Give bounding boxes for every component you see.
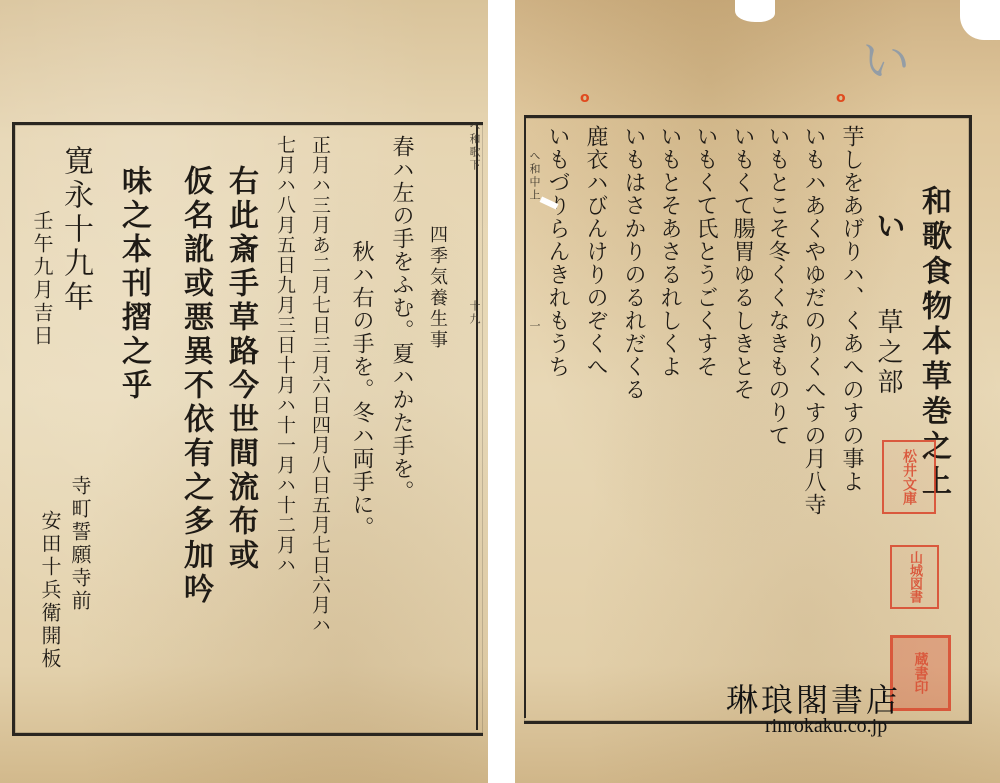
text-column: 秋ハ右の手を。冬ハ両手に。 xyxy=(350,240,372,560)
left-page-frame-spine xyxy=(476,122,478,730)
text-column: 右此斎手草路今世間流布或 xyxy=(225,165,255,573)
section-marker: い xyxy=(872,210,902,245)
shop-url-watermark: rinrokaku.co.jp xyxy=(765,715,887,738)
text-column: いもとこそ冬くくなきものりて xyxy=(766,125,788,710)
colophon-date: 壬午九月吉日 xyxy=(32,210,52,348)
text-column: いもハあくやゆだのりくへすの月八寺 xyxy=(802,125,824,710)
library-seal: 山城図書 xyxy=(890,545,939,609)
text-column: 七月ハ八月五日九月三日十月ハ十一月ハ十二月ハ xyxy=(275,135,294,695)
colophon-publisher: 安田十兵衛開板 xyxy=(40,510,60,671)
text-column: 鹿衣ハびんけりのぞくへ xyxy=(584,125,606,710)
text-column: 仮名訛或悪異不依有之多加吟 xyxy=(180,165,210,607)
text-column: いもくて氏とうごくすそ xyxy=(694,125,716,710)
paper-tear xyxy=(735,0,775,22)
blue-pencil-mark: い xyxy=(862,22,910,91)
left-hashira-folio: 十九 xyxy=(466,300,482,326)
right-page-frame-spine xyxy=(524,115,526,718)
text-column: いもくて腸胃ゆるしきとそ xyxy=(731,125,753,710)
colophon-era: 寛永十九年 xyxy=(60,145,90,315)
text-column: 春ハ左の手をふむ。夏ハかた手を。 xyxy=(390,135,412,515)
red-mark: o xyxy=(580,90,590,106)
text-column: 四季気養生事 xyxy=(428,225,446,351)
text-column: いもとそあさるれしくよ xyxy=(658,125,680,710)
colophon-address: 寺町誓願寺前 xyxy=(70,475,90,613)
text-column: 味之本刊摺之乎 xyxy=(118,165,148,403)
text-column: いもづりらんきれもうち xyxy=(546,125,568,710)
right-hashira-folio: 一 xyxy=(526,320,542,333)
red-mark: o xyxy=(836,90,846,106)
right-hashira: へ和中上 xyxy=(526,150,542,202)
section-title: 草之部 xyxy=(875,308,901,398)
text-column: いもはさかりのるれだくる xyxy=(622,125,644,710)
left-hashira: へ和歌下 xyxy=(466,120,482,172)
collector-seal: 松井文庫 xyxy=(882,440,936,514)
text-column: 正月ハ三月あ二月七日三月六日四月八日五月七日六月ハ xyxy=(310,135,329,695)
page-gutter xyxy=(488,0,515,783)
text-column: 芋しをあげりハ、くあへのすの事よ xyxy=(840,125,862,710)
